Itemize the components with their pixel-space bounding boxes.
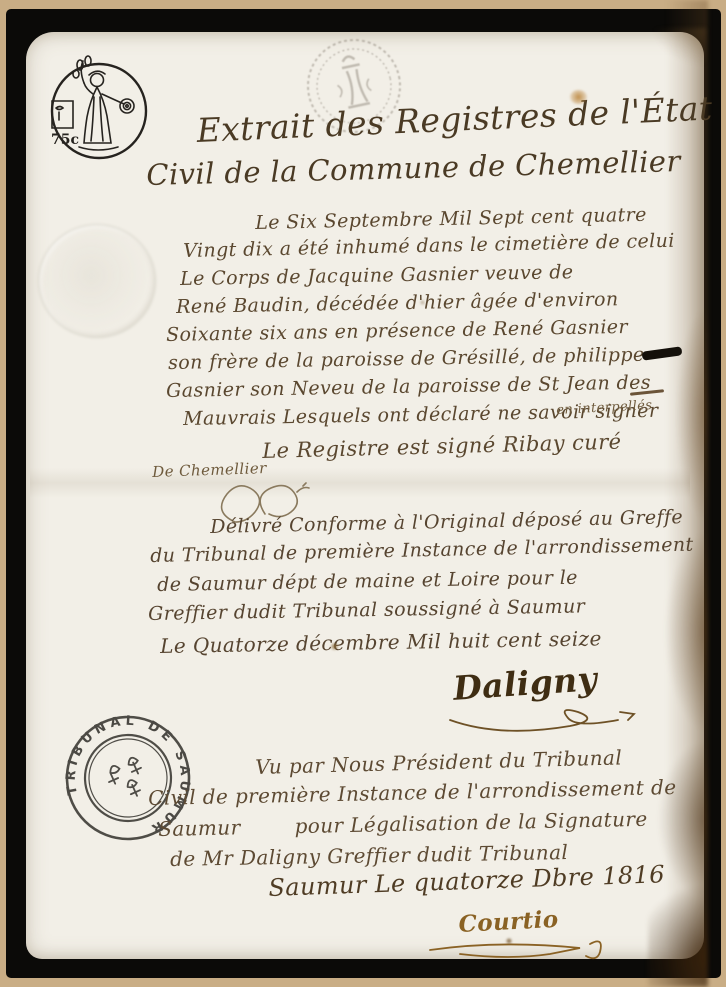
signature-underline-flourish-icon — [420, 934, 650, 960]
signature-paraph-icon — [430, 700, 650, 740]
revenue-stamp-value: 75c — [51, 132, 79, 148]
signature-president: Courtio — [458, 908, 559, 936]
scanned-document: 75c Extrait des Registres de l'État Civi… — [0, 0, 726, 987]
embossed-seal — [38, 224, 156, 338]
revenue-stamp-icon: 75c — [42, 52, 154, 170]
signature-greffier: Daligny — [452, 662, 598, 705]
